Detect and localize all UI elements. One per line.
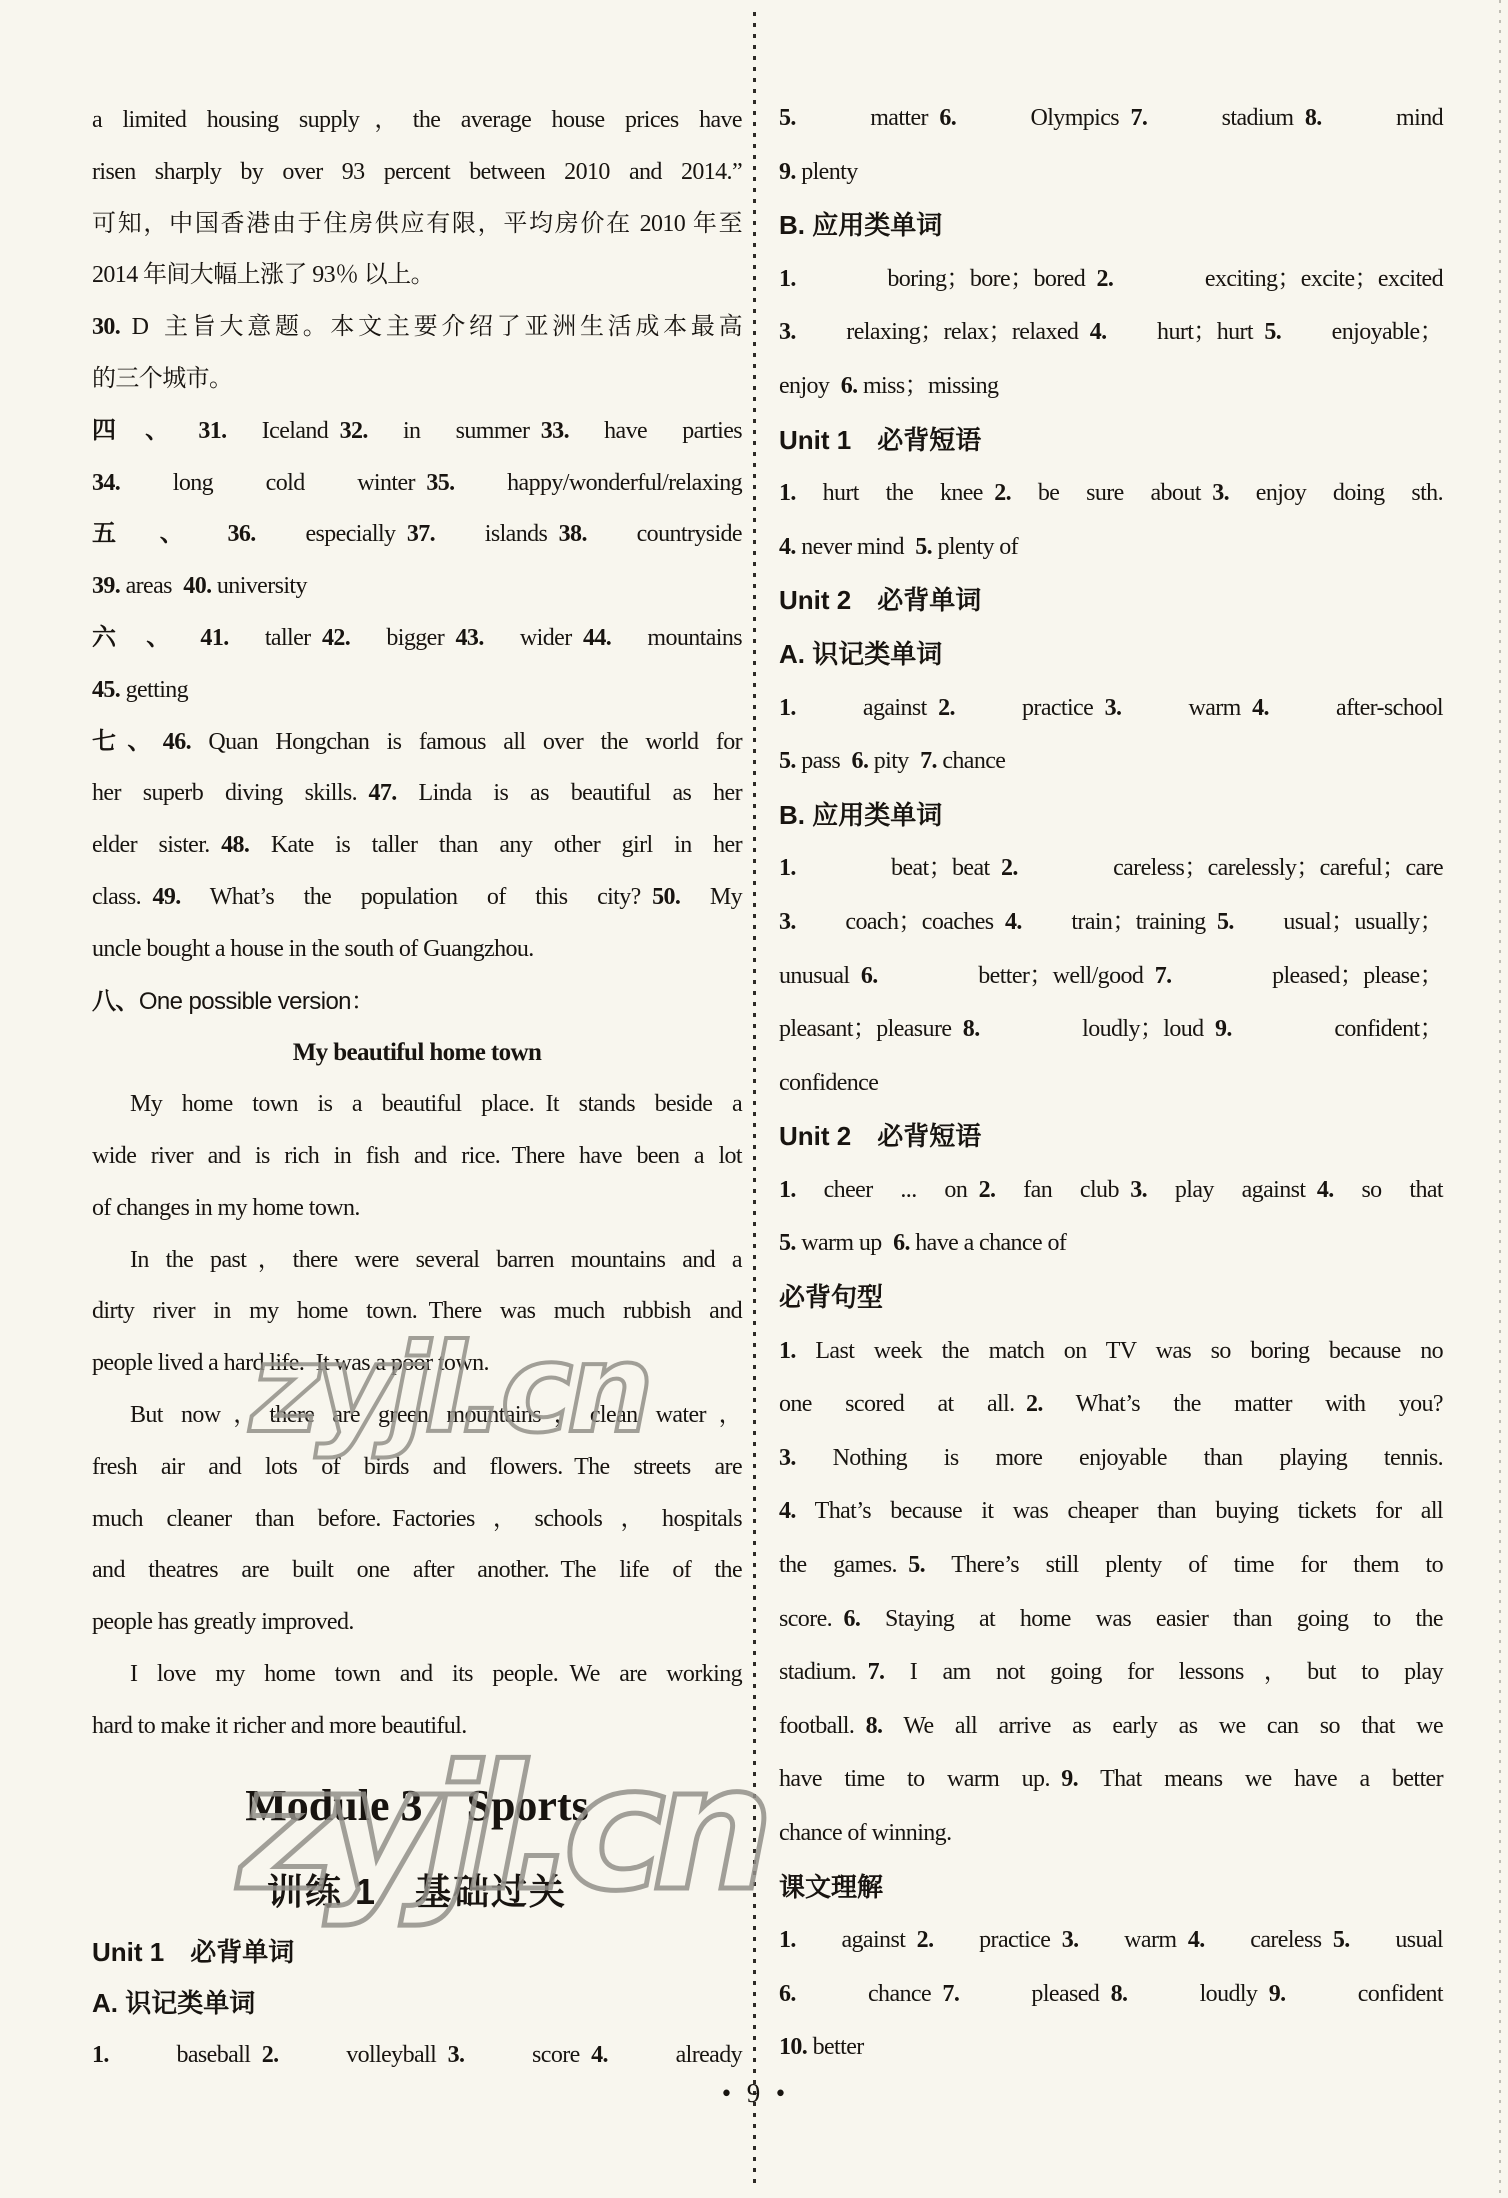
text-segment: coach；coaches bbox=[796, 909, 1005, 935]
text-segment: 3. bbox=[1105, 695, 1122, 721]
text-segment: 34. bbox=[92, 470, 120, 496]
text-segment: better bbox=[807, 2034, 863, 2060]
text-line: wide river and is rich in fish and rice.… bbox=[92, 1131, 742, 1183]
text-segment: 1. bbox=[779, 266, 796, 292]
text-line: Unit 1 必背短语 bbox=[779, 414, 1443, 468]
text-segment: Last week the match on TV was so boring … bbox=[796, 1338, 1443, 1364]
text-line: hard to make it richer and more beautifu… bbox=[92, 1701, 742, 1753]
text-line: enjoy 6. miss；missing bbox=[779, 360, 1443, 414]
text-segment: score bbox=[464, 2042, 591, 2068]
text-line: have time to warm up. 9. That means we h… bbox=[779, 1753, 1443, 1807]
text-segment: That’s because it was cheaper than buyin… bbox=[796, 1498, 1443, 1524]
text-segment: plenty bbox=[796, 159, 858, 185]
text-segment: of changes in my home town. bbox=[92, 1195, 360, 1221]
text-segment: wider bbox=[484, 625, 583, 651]
text-segment: have parties bbox=[569, 418, 742, 444]
text-segment: 5. bbox=[1217, 909, 1234, 935]
text-line: 1. hurt the knee 2. be sure about 3. enj… bbox=[779, 467, 1443, 521]
text-line: A. 识记类单词 bbox=[92, 1978, 742, 2030]
text-segment: Unit 2 必背单词 bbox=[779, 585, 981, 615]
text-segment: risen sharply by over 93 percent between… bbox=[92, 159, 742, 185]
text-line: pleasant；pleasure 8. loudly；loud 9. conf… bbox=[779, 1003, 1443, 1057]
text-segment: 8. bbox=[866, 1713, 883, 1739]
text-segment: a limited housing supply，the average hou… bbox=[92, 107, 742, 133]
text-line: I love my home town and its people. We a… bbox=[92, 1649, 742, 1701]
text-line: 9. plenty bbox=[779, 146, 1443, 200]
text-segment: 六、41. bbox=[92, 625, 229, 651]
text-line: 八、One possible version： bbox=[92, 976, 742, 1028]
text-line: 六、41. taller 42. bigger 43. wider 44. mo… bbox=[92, 613, 742, 665]
text-segment: 5. bbox=[908, 1552, 925, 1578]
text-segment: 4. bbox=[1005, 909, 1022, 935]
text-segment: taller bbox=[229, 625, 322, 651]
text-segment: boring；bore；bored bbox=[796, 266, 1097, 292]
text-segment: 1. bbox=[779, 1177, 796, 1203]
text-segment: confident； bbox=[1232, 1016, 1443, 1042]
text-segment: 2. bbox=[1001, 855, 1018, 881]
text-segment: 2. bbox=[1097, 266, 1114, 292]
text-segment: plenty of bbox=[932, 534, 1018, 560]
text-segment: never mind bbox=[796, 534, 915, 560]
text-segment: 2. bbox=[262, 2042, 279, 2068]
text-line: But now，there are green mountains，clean … bbox=[92, 1390, 742, 1442]
text-segment: baseball bbox=[109, 2042, 262, 2068]
text-segment: 课文理解 bbox=[779, 1872, 883, 1902]
text-segment: class. bbox=[92, 884, 152, 910]
text-line: 七、46. Quan Hongchan is famous all over t… bbox=[92, 717, 742, 769]
text-line: 1. cheer ... on 2. fan club 3. play agai… bbox=[779, 1164, 1443, 1218]
text-segment: 5. bbox=[1333, 1927, 1350, 1953]
text-line: elder sister. 48. Kate is taller than an… bbox=[92, 820, 742, 872]
text-line: 34. long cold winter 35. happy/wonderful… bbox=[92, 458, 742, 510]
text-segment: 2. bbox=[938, 695, 955, 721]
text-segment: matter bbox=[796, 105, 940, 131]
text-segment: 3. bbox=[779, 909, 796, 935]
text-segment: mountains bbox=[611, 625, 742, 651]
text-segment: 6. bbox=[779, 1981, 796, 2007]
text-segment: relaxing；relax；relaxed bbox=[796, 319, 1090, 345]
text-segment: 3. bbox=[1062, 1927, 1079, 1953]
text-segment: pleased bbox=[959, 1981, 1110, 2007]
text-segment: fresh air and lots of birds and flowers.… bbox=[92, 1454, 742, 1480]
text-segment: 50. bbox=[652, 884, 680, 910]
text-segment: My beautiful home town bbox=[293, 1039, 542, 1066]
text-segment: 7. bbox=[868, 1659, 885, 1685]
text-segment: Kate is taller than any other girl in he… bbox=[249, 832, 742, 858]
text-line: 训练 1 基础过关 bbox=[92, 1857, 742, 1927]
text-line: football. 8. We all arrive as early as w… bbox=[779, 1700, 1443, 1754]
text-line: B. 应用类单词 bbox=[779, 199, 1443, 253]
text-segment: 9. bbox=[1269, 1981, 1286, 2007]
text-segment: 4. bbox=[1317, 1177, 1334, 1203]
text-segment: In the past，there were several barren mo… bbox=[130, 1247, 742, 1273]
text-line: the games. 5. There’s still plenty of ti… bbox=[779, 1539, 1443, 1593]
text-segment: 39. bbox=[92, 573, 120, 599]
text-segment: 9. bbox=[779, 159, 796, 185]
text-segment: 45. bbox=[92, 677, 120, 703]
text-segment: 35. bbox=[426, 470, 454, 496]
text-segment: I love my home town and its people. We a… bbox=[130, 1661, 742, 1687]
text-segment: wide river and is rich in fish and rice.… bbox=[92, 1143, 742, 1169]
text-segment: much cleaner than before. Factories，scho… bbox=[92, 1506, 742, 1532]
text-segment: 5. bbox=[1264, 319, 1281, 345]
text-segment: pleasant；pleasure bbox=[779, 1016, 963, 1042]
text-segment: confidence bbox=[779, 1070, 878, 1096]
text-line: B. 应用类单词 bbox=[779, 789, 1443, 843]
text-segment: 6. bbox=[939, 105, 956, 131]
text-segment: 38. bbox=[559, 521, 587, 547]
text-segment: areas bbox=[120, 573, 183, 599]
text-segment: One possible version： bbox=[139, 988, 375, 1015]
text-line: 3. coach；coaches 4. train；training 5. us… bbox=[779, 896, 1443, 950]
text-segment: 5. bbox=[779, 748, 796, 774]
text-segment: Nothing is more enjoyable than playing t… bbox=[796, 1445, 1443, 1471]
text-segment: 6. bbox=[852, 748, 869, 774]
text-line: dirty river in my home town. There was m… bbox=[92, 1286, 742, 1338]
text-line: 2014 年间大幅上涨了 93％ 以上。 bbox=[92, 250, 742, 302]
text-segment: 8. bbox=[963, 1016, 980, 1042]
text-segment: one scored at all. bbox=[779, 1391, 1026, 1417]
text-segment: be sure about bbox=[1011, 480, 1212, 506]
text-segment: hurt the knee bbox=[796, 480, 994, 506]
text-segment: Staying at home was easier than going to… bbox=[860, 1606, 1443, 1632]
text-segment: There’s still plenty of time for them to bbox=[925, 1552, 1443, 1578]
text-segment: 8. bbox=[1111, 1981, 1128, 2007]
text-segment: 44. bbox=[583, 625, 611, 651]
text-segment: Unit 2 必背短语 bbox=[779, 1121, 981, 1151]
text-segment: her superb diving skills. bbox=[92, 780, 368, 806]
text-segment: 可知，中国香港由于住房供应有限，平均房价在 2010 年至 bbox=[92, 211, 742, 237]
text-segment: 2014 年间大幅上涨了 93％ 以上。 bbox=[92, 262, 434, 288]
text-segment: have a chance of bbox=[910, 1230, 1066, 1256]
text-segment: 四、31. bbox=[92, 418, 227, 444]
text-line: much cleaner than before. Factories，scho… bbox=[92, 1494, 742, 1546]
text-segment: 7. bbox=[1130, 105, 1147, 131]
text-segment: 9. bbox=[1061, 1766, 1078, 1792]
text-segment: We all arrive as early as we can so that… bbox=[882, 1713, 1443, 1739]
text-line: people lived a hard life. It was a poor … bbox=[92, 1338, 742, 1390]
text-segment: 30. bbox=[92, 314, 120, 340]
text-segment: people lived a hard life. It was a poor … bbox=[92, 1350, 489, 1376]
text-line: 39. areas 40. university bbox=[92, 561, 742, 613]
text-segment: enjoyable； bbox=[1281, 319, 1443, 345]
text-segment: dirty river in my home town. There was m… bbox=[92, 1298, 742, 1324]
text-segment: warm bbox=[1121, 695, 1252, 721]
text-segment: already bbox=[608, 2042, 742, 2068]
text-segment: 必背句型 bbox=[779, 1282, 883, 1312]
text-segment: have time to warm up. bbox=[779, 1766, 1061, 1792]
text-line: 1. against 2. practice 3. warm 4. carele… bbox=[779, 1914, 1443, 1968]
text-segment: Olympics bbox=[956, 105, 1130, 131]
text-line: 4. That’s because it was cheaper than bu… bbox=[779, 1485, 1443, 1539]
text-segment: volleyball bbox=[279, 2042, 448, 2068]
text-segment: 33. bbox=[541, 418, 569, 444]
text-segment: miss；missing bbox=[858, 373, 999, 399]
right-column: 5. matter 6. Olympics 7. stadium 8. mind… bbox=[779, 92, 1443, 2075]
text-segment: 8. bbox=[1305, 105, 1322, 131]
text-segment: football. bbox=[779, 1713, 866, 1739]
text-line: uncle bought a house in the south of Gua… bbox=[92, 924, 742, 976]
text-segment: B. 应用类单词 bbox=[779, 210, 942, 240]
text-segment: so that bbox=[1334, 1177, 1443, 1203]
text-segment: university bbox=[212, 573, 307, 599]
text-segment: 3. bbox=[448, 2042, 465, 2068]
text-segment: 5. bbox=[915, 534, 932, 560]
text-segment: unusual bbox=[779, 963, 861, 989]
text-segment: 3. bbox=[1130, 1177, 1147, 1203]
text-line: 1. baseball 2. volleyball 3. score 4. al… bbox=[92, 2030, 742, 2082]
text-segment: 6. bbox=[861, 963, 878, 989]
text-segment: 4. bbox=[1188, 1927, 1205, 1953]
text-segment: cheer ... on bbox=[796, 1177, 979, 1203]
text-line: 5. pass 6. pity 7. chance bbox=[779, 735, 1443, 789]
text-segment: What’s the population of this city? bbox=[181, 884, 652, 910]
text-segment: countryside bbox=[587, 521, 742, 547]
text-line: My beautiful home town bbox=[92, 1027, 742, 1079]
text-line: 的三个城市。 bbox=[92, 354, 742, 406]
text-line: her superb diving skills. 47. Linda is a… bbox=[92, 768, 742, 820]
text-segment: against bbox=[796, 695, 938, 721]
text-segment: 4. bbox=[1252, 695, 1269, 721]
text-segment: hard to make it richer and more beautifu… bbox=[92, 1713, 467, 1739]
text-line: one scored at all. 2. What’s the matter … bbox=[779, 1378, 1443, 1432]
text-segment: 42. bbox=[322, 625, 350, 651]
text-segment: A. 识记类单词 bbox=[779, 639, 942, 669]
text-segment: Unit 1 必背单词 bbox=[92, 1937, 294, 1967]
text-segment: 43. bbox=[456, 625, 484, 651]
text-line: 四、31. Iceland 32. in summer 33. have par… bbox=[92, 406, 742, 458]
text-segment: exciting；excite；excited bbox=[1113, 266, 1443, 292]
text-segment: 4. bbox=[591, 2042, 608, 2068]
text-segment: 5. bbox=[779, 1230, 796, 1256]
text-segment: hurt；hurt bbox=[1107, 319, 1265, 345]
text-segment: 7. bbox=[942, 1981, 959, 2007]
text-segment: score. bbox=[779, 1606, 843, 1632]
text-segment: the games. bbox=[779, 1552, 908, 1578]
text-line: 1. against 2. practice 3. warm 4. after-… bbox=[779, 682, 1443, 736]
text-segment: 七、46. bbox=[92, 729, 191, 755]
text-segment: 6. bbox=[843, 1606, 860, 1632]
text-line: 1. Last week the match on TV was so bori… bbox=[779, 1325, 1443, 1379]
text-segment: 47. bbox=[368, 780, 396, 806]
text-segment: 6. bbox=[841, 373, 858, 399]
text-line: Module 3 Sports bbox=[92, 1773, 742, 1839]
text-segment: elder sister. bbox=[92, 832, 221, 858]
text-segment: A. 识记类单词 bbox=[92, 1988, 255, 2018]
text-line: risen sharply by over 93 percent between… bbox=[92, 147, 742, 199]
text-segment: chance bbox=[937, 748, 1005, 774]
text-segment: 1. bbox=[779, 1338, 796, 1364]
text-segment: 4. bbox=[1090, 319, 1107, 345]
text-segment: careless；carelessly；careful；care bbox=[1018, 855, 1443, 881]
text-segment: 6. bbox=[893, 1230, 910, 1256]
text-segment: 五、36. bbox=[92, 521, 256, 547]
text-line: stadium. 7. I am not going for lessons，b… bbox=[779, 1646, 1443, 1700]
text-line: unusual 6. better；well/good 7. pleased；p… bbox=[779, 950, 1443, 1004]
text-segment: in summer bbox=[368, 418, 541, 444]
text-segment: enjoy doing sth. bbox=[1229, 480, 1443, 506]
text-segment: 2. bbox=[917, 1927, 934, 1953]
text-segment: chance bbox=[796, 1981, 943, 2007]
text-line: In the past，there were several barren mo… bbox=[92, 1235, 742, 1287]
text-segment: people has greatly improved. bbox=[92, 1609, 354, 1635]
text-segment: uncle bought a house in the south of Gua… bbox=[92, 936, 534, 962]
text-line: of changes in my home town. bbox=[92, 1183, 742, 1235]
text-segment: enjoy bbox=[779, 373, 841, 399]
scanned-book-page: a limited housing supply，the average hou… bbox=[0, 0, 1508, 2198]
text-line: score. 6. Staying at home was easier tha… bbox=[779, 1593, 1443, 1647]
text-segment: 1. bbox=[779, 855, 796, 881]
text-line: 6. chance 7. pleased 8. loudly 9. confid… bbox=[779, 1968, 1443, 2022]
page-edge-line bbox=[1499, 0, 1501, 2198]
text-line: A. 识记类单词 bbox=[779, 628, 1443, 682]
text-segment: usual；usually； bbox=[1234, 909, 1443, 935]
text-segment: 9. bbox=[1215, 1016, 1232, 1042]
text-segment: 49. bbox=[152, 884, 180, 910]
text-line: 4. never mind 5. plenty of bbox=[779, 521, 1443, 575]
text-segment: careless bbox=[1205, 1927, 1333, 1953]
text-segment: 7. bbox=[920, 748, 937, 774]
text-line: My home town is a beautiful place. It st… bbox=[92, 1079, 742, 1131]
text-line: fresh air and lots of birds and flowers.… bbox=[92, 1442, 742, 1494]
text-segment: Module 3 Sports bbox=[245, 1781, 588, 1830]
text-segment: loudly；loud bbox=[980, 1016, 1215, 1042]
text-segment: stadium. bbox=[779, 1659, 868, 1685]
text-line: people has greatly improved. bbox=[92, 1597, 742, 1649]
text-segment: 40. bbox=[183, 573, 211, 599]
text-line: 1. beat；beat 2. careless；carelessly；care… bbox=[779, 842, 1443, 896]
text-segment: bigger bbox=[350, 625, 455, 651]
left-column: a limited housing supply，the average hou… bbox=[92, 95, 742, 2082]
text-line: 5. matter 6. Olympics 7. stadium 8. mind bbox=[779, 92, 1443, 146]
text-segment: 3. bbox=[779, 1445, 796, 1471]
text-line: 30. D 主旨大意题。本文主要介绍了亚洲生活成本最高 bbox=[92, 302, 742, 354]
text-segment: 1. bbox=[779, 695, 796, 721]
text-segment: 37. bbox=[407, 521, 435, 547]
text-segment: warm up bbox=[796, 1230, 893, 1256]
text-segment: 48. bbox=[221, 832, 249, 858]
text-segment: 4. bbox=[779, 1498, 796, 1524]
page-number: • 9 • bbox=[0, 2078, 1508, 2109]
text-segment: islands bbox=[435, 521, 559, 547]
text-line: Unit 2 必背单词 bbox=[779, 574, 1443, 628]
text-segment: I am not going for lessons，but to play bbox=[884, 1659, 1443, 1685]
text-segment: loudly bbox=[1127, 1981, 1268, 2007]
text-line: and theatres are built one after another… bbox=[92, 1545, 742, 1597]
text-line: 可知，中国香港由于住房供应有限，平均房价在 2010 年至 bbox=[92, 199, 742, 251]
text-segment: 1. bbox=[779, 1927, 796, 1953]
text-segment: 5. bbox=[779, 105, 796, 131]
text-line: class. 49. What’s the population of this… bbox=[92, 872, 742, 924]
text-segment: 2. bbox=[979, 1177, 996, 1203]
text-segment: pass bbox=[796, 748, 852, 774]
text-segment: 4. bbox=[779, 534, 796, 560]
text-segment: 训练 1 基础过关 bbox=[267, 1871, 567, 1912]
text-segment: pleased；please； bbox=[1172, 963, 1444, 989]
text-line: a limited housing supply，the average hou… bbox=[92, 95, 742, 147]
text-line: 45. getting bbox=[92, 665, 742, 717]
text-segment: beat；beat bbox=[796, 855, 1001, 881]
text-segment: 1. bbox=[92, 2042, 109, 2068]
text-segment: stadium bbox=[1147, 105, 1305, 131]
text-segment: 10. bbox=[779, 2034, 807, 2060]
text-segment: pity bbox=[868, 748, 920, 774]
text-line: 1. boring；bore；bored 2. exciting；excite；… bbox=[779, 253, 1443, 307]
text-segment: Linda is as beautiful as her bbox=[397, 780, 742, 806]
text-segment: 7. bbox=[1155, 963, 1172, 989]
text-line: chance of winning. bbox=[779, 1807, 1443, 1861]
text-segment: 的三个城市。 bbox=[92, 366, 232, 392]
text-line: Unit 2 必背短语 bbox=[779, 1110, 1443, 1164]
text-segment: warm bbox=[1079, 1927, 1188, 1953]
text-segment: 1. bbox=[779, 480, 796, 506]
text-segment: practice bbox=[933, 1927, 1061, 1953]
text-segment: Quan Hongchan is famous all over the wor… bbox=[191, 729, 742, 755]
text-segment: B. 应用类单词 bbox=[779, 800, 942, 830]
text-line: 3. Nothing is more enjoyable than playin… bbox=[779, 1432, 1443, 1486]
text-segment: after-school bbox=[1269, 695, 1443, 721]
text-line: 3. relaxing；relax；relaxed 4. hurt；hurt 5… bbox=[779, 306, 1443, 360]
column-divider bbox=[753, 12, 756, 2186]
text-segment: long cold winter bbox=[120, 470, 426, 496]
text-line: 五、36. especially 37. islands 38. country… bbox=[92, 509, 742, 561]
text-line: confidence bbox=[779, 1057, 1443, 1111]
text-segment: 八、 bbox=[92, 989, 139, 1015]
text-segment: 32. bbox=[340, 418, 368, 444]
text-segment: fan club bbox=[995, 1177, 1130, 1203]
text-segment: 3. bbox=[1212, 480, 1229, 506]
text-segment: chance of winning. bbox=[779, 1820, 951, 1846]
text-segment: against bbox=[796, 1927, 917, 1953]
text-segment: especially bbox=[256, 521, 407, 547]
text-segment: practice bbox=[955, 695, 1105, 721]
text-segment: 3. bbox=[779, 319, 796, 345]
text-segment: Iceland bbox=[227, 418, 340, 444]
text-segment: and theatres are built one after another… bbox=[92, 1557, 742, 1583]
text-segment: mind bbox=[1322, 105, 1443, 131]
text-segment: 2. bbox=[1026, 1391, 1043, 1417]
text-line: Unit 1 必背单词 bbox=[92, 1927, 742, 1979]
text-segment: Unit 1 必背短语 bbox=[779, 425, 981, 455]
text-segment: play against bbox=[1147, 1177, 1317, 1203]
text-segment: My bbox=[680, 884, 742, 910]
text-segment: But now，there are green mountains，clean … bbox=[130, 1402, 742, 1428]
text-segment: train；training bbox=[1022, 909, 1217, 935]
text-line: 必背句型 bbox=[779, 1271, 1443, 1325]
text-segment: That means we have a better bbox=[1078, 1766, 1443, 1792]
text-line: 5. warm up 6. have a chance of bbox=[779, 1217, 1443, 1271]
text-segment: My home town is a beautiful place. It st… bbox=[130, 1091, 742, 1117]
text-segment: D 主旨大意题。本文主要介绍了亚洲生活成本最高 bbox=[120, 314, 742, 340]
text-segment: 2. bbox=[994, 480, 1011, 506]
text-line: 10. better bbox=[779, 2021, 1443, 2075]
text-segment: happy/wonderful/relaxing bbox=[455, 470, 742, 496]
text-segment: better；well/good bbox=[878, 963, 1155, 989]
text-segment: getting bbox=[120, 677, 188, 703]
text-segment: usual bbox=[1350, 1927, 1443, 1953]
text-segment: confident bbox=[1286, 1981, 1443, 2007]
text-segment: What’s the matter with you? bbox=[1043, 1391, 1443, 1417]
text-line: 课文理解 bbox=[779, 1861, 1443, 1915]
